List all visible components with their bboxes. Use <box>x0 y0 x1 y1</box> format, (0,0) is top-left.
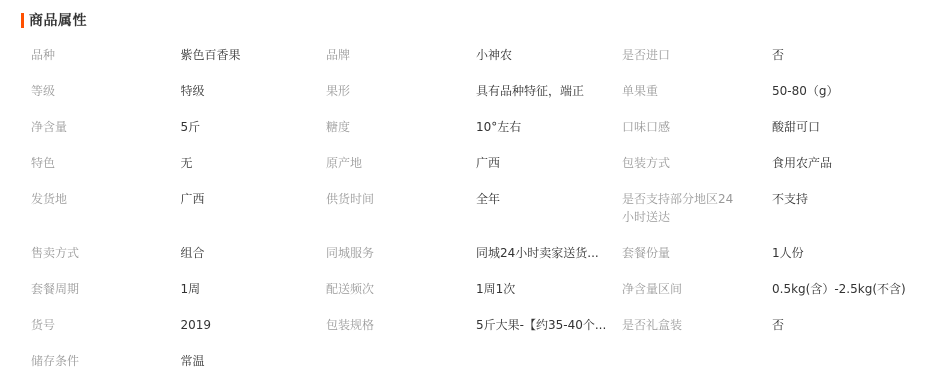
attribute-item: 发货地 广西 <box>31 182 326 236</box>
attribute-value: 特级 <box>181 74 326 110</box>
section-header: 商品属性 <box>21 10 87 30</box>
attribute-item: 净含量区间 0.5kg(含）-2.5kg(不含) <box>622 272 918 308</box>
attribute-item: 等级 特级 <box>31 74 326 110</box>
attribute-value: 紫色百香果 <box>181 38 326 74</box>
attribute-label: 售卖方式 <box>31 236 181 272</box>
attribute-value: 同城24小时卖家送货... <box>476 236 622 272</box>
attribute-value: 组合 <box>181 236 326 272</box>
attribute-item: 供货时间 全年 <box>326 182 622 236</box>
attribute-item: 储存条件 常温 <box>31 344 326 378</box>
attribute-row: 净含量 5斤 糖度 10°左右 口味口感 酸甜可口 <box>0 110 940 146</box>
attribute-value: 否 <box>772 308 918 344</box>
attribute-label: 果形 <box>326 74 476 110</box>
attribute-label: 净含量 <box>31 110 181 146</box>
attribute-row: 套餐周期 1周 配送频次 1周1次 净含量区间 0.5kg(含）-2.5kg(不… <box>0 272 940 308</box>
attribute-value: 不支持 <box>772 182 918 236</box>
attribute-item: 品种 紫色百香果 <box>31 38 326 74</box>
attribute-label: 净含量区间 <box>622 272 772 308</box>
attribute-value: 广西 <box>476 146 622 182</box>
attribute-value: 食用农产品 <box>772 146 918 182</box>
attribute-label: 单果重 <box>622 74 772 110</box>
attribute-label: 包装规格 <box>326 308 476 344</box>
accent-bar <box>21 13 24 28</box>
attribute-label: 发货地 <box>31 182 181 236</box>
attribute-label: 套餐份量 <box>622 236 772 272</box>
section-title: 商品属性 <box>29 10 87 30</box>
attribute-value: 否 <box>772 38 918 74</box>
attribute-item: 净含量 5斤 <box>31 110 326 146</box>
attribute-item: 售卖方式 组合 <box>31 236 326 272</box>
attribute-item: 包装方式 食用农产品 <box>622 146 918 182</box>
attribute-row: 等级 特级 果形 具有品种特征，端正 单果重 50-80（g） <box>0 74 940 110</box>
attribute-value: 广西 <box>181 182 326 236</box>
attribute-item: 口味口感 酸甜可口 <box>622 110 918 146</box>
attribute-row: 特色 无 原产地 广西 包装方式 食用农产品 <box>0 146 940 182</box>
attribute-item: 套餐周期 1周 <box>31 272 326 308</box>
attribute-row: 品种 紫色百香果 品牌 小神农 是否进口 否 <box>0 38 940 74</box>
attribute-label: 包装方式 <box>622 146 772 182</box>
attribute-label: 原产地 <box>326 146 476 182</box>
attribute-item: 是否礼盒装 否 <box>622 308 918 344</box>
attribute-item: 糖度 10°左右 <box>326 110 622 146</box>
attribute-item: 果形 具有品种特征，端正 <box>326 74 622 110</box>
attribute-label: 是否支持部分地区24小时送达 <box>622 182 772 236</box>
attribute-item: 是否进口 否 <box>622 38 918 74</box>
attribute-label: 同城服务 <box>326 236 476 272</box>
attribute-label: 特色 <box>31 146 181 182</box>
attribute-label: 储存条件 <box>31 344 181 378</box>
attribute-grid: 品种 紫色百香果 品牌 小神农 是否进口 否 等级 特级 果形 具有品种特征，端… <box>0 38 940 378</box>
attribute-label: 货号 <box>31 308 181 344</box>
attribute-label: 口味口感 <box>622 110 772 146</box>
attribute-value: 酸甜可口 <box>772 110 918 146</box>
attribute-row: 储存条件 常温 <box>0 344 940 378</box>
attribute-label: 品牌 <box>326 38 476 74</box>
attribute-row: 售卖方式 组合 同城服务 同城24小时卖家送货... 套餐份量 1人份 <box>0 236 940 272</box>
attribute-label: 糖度 <box>326 110 476 146</box>
attribute-label: 供货时间 <box>326 182 476 236</box>
attribute-value: 5斤 <box>181 110 326 146</box>
attribute-item: 单果重 50-80（g） <box>622 74 918 110</box>
attribute-row: 发货地 广西 供货时间 全年 是否支持部分地区24小时送达 不支持 <box>0 182 940 236</box>
attribute-value: 全年 <box>476 182 622 236</box>
attribute-value: 50-80（g） <box>772 74 918 110</box>
attribute-item: 货号 2019 <box>31 308 326 344</box>
attribute-item: 品牌 小神农 <box>326 38 622 74</box>
attribute-value: 0.5kg(含）-2.5kg(不含) <box>772 272 918 308</box>
attribute-item: 是否支持部分地区24小时送达 不支持 <box>622 182 918 236</box>
attribute-label: 是否进口 <box>622 38 772 74</box>
attribute-value: 小神农 <box>476 38 622 74</box>
attribute-item: 同城服务 同城24小时卖家送货... <box>326 236 622 272</box>
attribute-item: 包装规格 5斤大果-【约35-40个... <box>326 308 622 344</box>
attribute-item: 原产地 广西 <box>326 146 622 182</box>
attribute-value: 1人份 <box>772 236 918 272</box>
attribute-label: 品种 <box>31 38 181 74</box>
attribute-value: 无 <box>181 146 326 182</box>
attribute-value: 2019 <box>181 308 326 344</box>
attribute-value: 具有品种特征，端正 <box>476 74 622 110</box>
attribute-label: 等级 <box>31 74 181 110</box>
attribute-value: 1周1次 <box>476 272 622 308</box>
attribute-value: 5斤大果-【约35-40个... <box>476 308 622 344</box>
attribute-item: 套餐份量 1人份 <box>622 236 918 272</box>
attribute-row: 货号 2019 包装规格 5斤大果-【约35-40个... 是否礼盒装 否 <box>0 308 940 344</box>
attribute-item: 配送频次 1周1次 <box>326 272 622 308</box>
attribute-label: 是否礼盒装 <box>622 308 772 344</box>
attribute-label: 套餐周期 <box>31 272 181 308</box>
attribute-value: 1周 <box>181 272 326 308</box>
attribute-label: 配送频次 <box>326 272 476 308</box>
attribute-value: 10°左右 <box>476 110 622 146</box>
attribute-value: 常温 <box>181 344 326 378</box>
attribute-item: 特色 无 <box>31 146 326 182</box>
